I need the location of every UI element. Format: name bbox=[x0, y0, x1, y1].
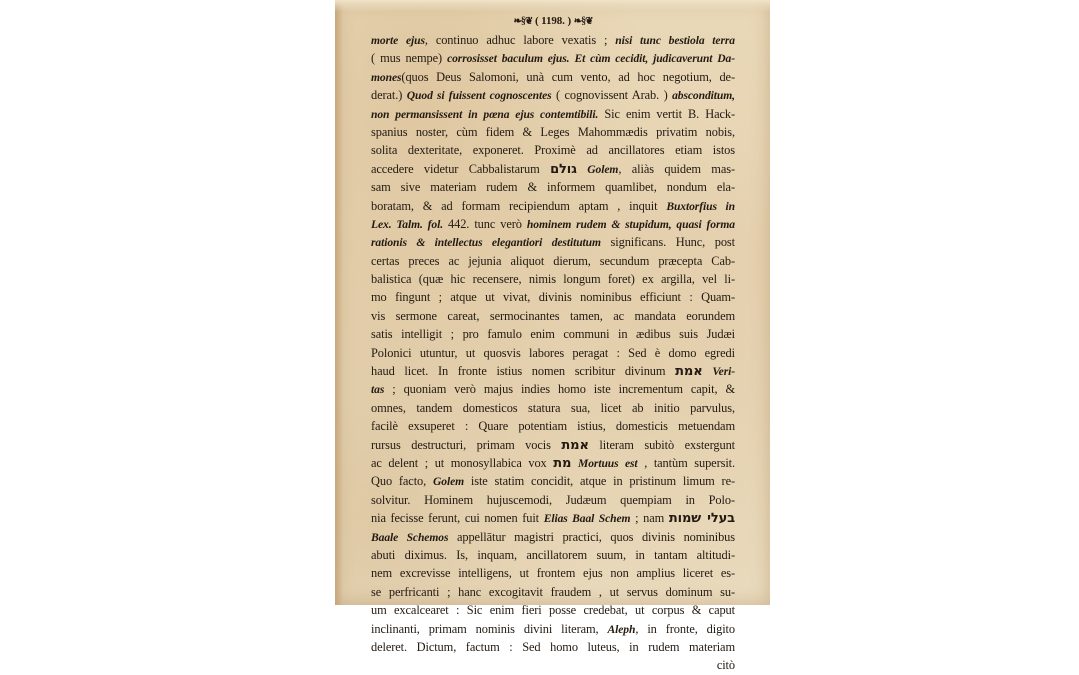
italic-run: Et cùm cecidit, judicaverunt Da- bbox=[574, 52, 735, 65]
roman-run: Quo facto, bbox=[371, 474, 433, 488]
italic-run: rationis & intellectus elegantiori desti… bbox=[371, 236, 601, 249]
roman-run: Polonici utuntur, ut quosvis labores per… bbox=[371, 346, 735, 360]
roman-run: 442. tunc verò bbox=[443, 217, 527, 231]
text-line: mo fingunt ; atque ut vivat, divinis nom… bbox=[371, 288, 735, 306]
text-line: Quo facto, Golem iste statim concidit, a… bbox=[371, 472, 735, 490]
roman-run: rursus destructuri, primam vocis bbox=[371, 438, 561, 452]
roman-run: , tantùm supersit. bbox=[638, 456, 735, 470]
roman-run: , aliàs quidem mas- bbox=[618, 162, 735, 176]
hebrew-word: אמת bbox=[561, 438, 588, 453]
text-line: rationis & intellectus elegantiori desti… bbox=[371, 233, 735, 251]
text-line: Baale Schemos appellātur magistri practi… bbox=[371, 528, 735, 546]
text-line: accedere videtur Cabbalistarum גולם Gole… bbox=[371, 160, 735, 178]
roman-run: haud licet. In fronte istius nomen scrib… bbox=[371, 364, 675, 378]
text-line: facilè exsuperet : Quare potentiam istiu… bbox=[371, 417, 735, 435]
italic-run: absconditum, bbox=[672, 89, 735, 102]
text-line: Lex. Talm. fol. 442. tunc verò hominem r… bbox=[371, 215, 735, 233]
text-line: boratam, & ad formam recipiendum aptam ,… bbox=[371, 197, 735, 215]
text-line: rursus destructuri, primam vocis אמת lit… bbox=[371, 436, 735, 454]
roman-run: significans. Hunc, post bbox=[601, 235, 735, 249]
roman-run: derat.) bbox=[371, 88, 407, 102]
text-line: haud licet. In fronte istius nomen scrib… bbox=[371, 362, 735, 380]
italic-run: tas bbox=[371, 383, 384, 396]
roman-run: se perfricanti ; hanc excogitavit fraude… bbox=[371, 585, 735, 599]
hebrew-word: מת bbox=[553, 456, 571, 471]
page-text-block: ❧§❦ ( 1198. ) ❧§❦ morte ejus, continuo a… bbox=[371, 14, 735, 605]
text-line: satis intelligit ; pro famulo enim commu… bbox=[371, 325, 735, 343]
roman-run: ac delent ; ut monosyllabica vox bbox=[371, 456, 553, 470]
italic-run: Baale Schemos bbox=[371, 531, 448, 544]
roman-run: ; quoniam verò majus indies homo iste in… bbox=[384, 382, 735, 396]
italic-run: hominem rudem & stupidum, quasi forma bbox=[527, 218, 735, 231]
text-line: certas preces ac jejunia aliquot dierum,… bbox=[371, 252, 735, 270]
roman-run: Sic enim vertit B. Hack- bbox=[598, 107, 735, 121]
roman-run: ( mus nempe) bbox=[371, 51, 447, 65]
text-line: tas ; quoniam verò majus indies homo ist… bbox=[371, 380, 735, 398]
roman-run: mo fingunt ; atque ut vivat, divinis nom… bbox=[371, 290, 735, 304]
roman-run: (quos Deus Salomoni, unà cum vento, ad h… bbox=[401, 70, 735, 84]
text-line: sam sive materiam rudem & informem quaml… bbox=[371, 178, 735, 196]
italic-run: Buxtorfius in bbox=[666, 200, 735, 213]
text-line: omnes, tandem domesticos statura sua, li… bbox=[371, 399, 735, 417]
roman-run: literam subitò exstergunt bbox=[589, 438, 735, 452]
text-line: non permansissent in pœna ejus contemtib… bbox=[371, 105, 735, 123]
roman-run: sam sive materiam rudem & informem quaml… bbox=[371, 180, 735, 194]
italic-run: morte ejus bbox=[371, 34, 425, 47]
text-line: ac delent ; ut monosyllabica vox מת Mort… bbox=[371, 454, 735, 472]
roman-run: iste statim concidit, atque in pristinum… bbox=[464, 474, 735, 488]
page-number: ( 1198. ) bbox=[535, 15, 571, 27]
roman-run: solvitur. Hominem hujuscemodi, Judæum qu… bbox=[371, 493, 735, 507]
hebrew-word: אמת bbox=[675, 364, 702, 379]
text-line: ( mus nempe) corrosisset baculum ejus. E… bbox=[371, 49, 735, 67]
text-line: Polonici utuntur, ut quosvis labores per… bbox=[371, 344, 735, 362]
roman-run: appellātur magistri practici, quos divin… bbox=[448, 530, 735, 544]
roman-run: accedere videtur Cabbalistarum bbox=[371, 162, 550, 176]
text-line: morte ejus, continuo adhuc labore vexati… bbox=[371, 31, 735, 49]
roman-run: abuti diximus. Is, inquam, ancillatorem … bbox=[371, 548, 735, 562]
italic-run: Golem bbox=[587, 163, 618, 176]
text-line: abuti diximus. Is, inquam, ancillatorem … bbox=[371, 546, 735, 564]
hebrew-word: בעלי שמות bbox=[669, 511, 735, 526]
italic-run: Veri- bbox=[712, 365, 735, 378]
italic-run: mones bbox=[371, 71, 401, 84]
roman-run bbox=[577, 162, 587, 176]
italic-run: non permansissent in pœna ejus contemtib… bbox=[371, 108, 598, 121]
running-header: ❧§❦ ( 1198. ) ❧§❦ bbox=[371, 14, 735, 31]
roman-run bbox=[571, 456, 578, 470]
roman-run: facilè exsuperet : Quare potentiam istiu… bbox=[371, 419, 735, 433]
roman-run: solita dexteritate, exponeret. Proximè a… bbox=[371, 143, 735, 157]
roman-run: omnes, tandem domesticos statura sua, li… bbox=[371, 401, 735, 415]
roman-run: boratam, & ad formam recipiendum aptam ,… bbox=[371, 199, 666, 213]
page-top-margin bbox=[335, 0, 770, 12]
roman-run: spanius noster, cùm fidem & Leges Mahomm… bbox=[371, 125, 735, 139]
roman-run: nia fecisse ferunt, cui nomen fuit bbox=[371, 511, 544, 525]
roman-run: ( cognovissent Arab. ) bbox=[552, 88, 673, 102]
roman-run: certas preces ac jejunia aliquot dierum,… bbox=[371, 254, 735, 268]
roman-run: ; nam bbox=[630, 511, 668, 525]
italic-run: nisi tunc bestiola terra bbox=[615, 34, 735, 47]
italic-run: Lex. Talm. fol. bbox=[371, 218, 443, 231]
italic-run: Quod si fuissent cognoscentes bbox=[407, 89, 552, 102]
roman-run bbox=[703, 364, 713, 378]
text-line: spanius noster, cùm fidem & Leges Mahomm… bbox=[371, 123, 735, 141]
italic-run: corrosisset baculum ejus. bbox=[447, 52, 569, 65]
roman-run: nem excrevisse intelligens, ut frontem e… bbox=[371, 566, 735, 580]
text-line: derat.) Quod si fuissent cognoscentes ( … bbox=[371, 86, 735, 104]
text-line: solita dexteritate, exponeret. Proximè a… bbox=[371, 141, 735, 159]
body-text: morte ejus, continuo adhuc labore vexati… bbox=[371, 31, 735, 605]
italic-run: Golem bbox=[433, 475, 464, 488]
roman-run: balistica (quæ hic recensere, nimis long… bbox=[371, 272, 735, 286]
italic-run: Mortuus est bbox=[578, 457, 638, 470]
text-line: nia fecisse ferunt, cui nomen fuit Elias… bbox=[371, 509, 735, 527]
ornament-right-icon: ❧§❦ bbox=[574, 16, 593, 27]
text-line: nem excrevisse intelligens, ut frontem e… bbox=[371, 564, 735, 582]
text-line: se perfricanti ; hanc excogitavit fraude… bbox=[371, 583, 735, 601]
text-line: mones(quos Deus Salomoni, unà cum vento,… bbox=[371, 68, 735, 86]
text-line: vis sermone careat, sermocinantes tamen,… bbox=[371, 307, 735, 325]
roman-run: , continuo adhuc labore vexatis ; bbox=[425, 33, 615, 47]
italic-run: Elias Baal Schem bbox=[544, 512, 631, 525]
scanned-book-page: ❧§❦ ( 1198. ) ❧§❦ morte ejus, continuo a… bbox=[335, 0, 770, 605]
hebrew-word: גולם bbox=[550, 162, 577, 177]
ornament-left-icon: ❧§❦ bbox=[514, 16, 533, 27]
text-line: solvitur. Hominem hujuscemodi, Judæum qu… bbox=[371, 491, 735, 509]
roman-run: satis intelligit ; pro famulo enim commu… bbox=[371, 327, 735, 341]
page-edge-shadow bbox=[335, 0, 343, 605]
text-line: balistica (quæ hic recensere, nimis long… bbox=[371, 270, 735, 288]
text-line: um excalcearet : Sic enim fieri posse cr… bbox=[371, 601, 735, 605]
roman-run: vis sermone careat, sermocinantes tamen,… bbox=[371, 309, 735, 323]
